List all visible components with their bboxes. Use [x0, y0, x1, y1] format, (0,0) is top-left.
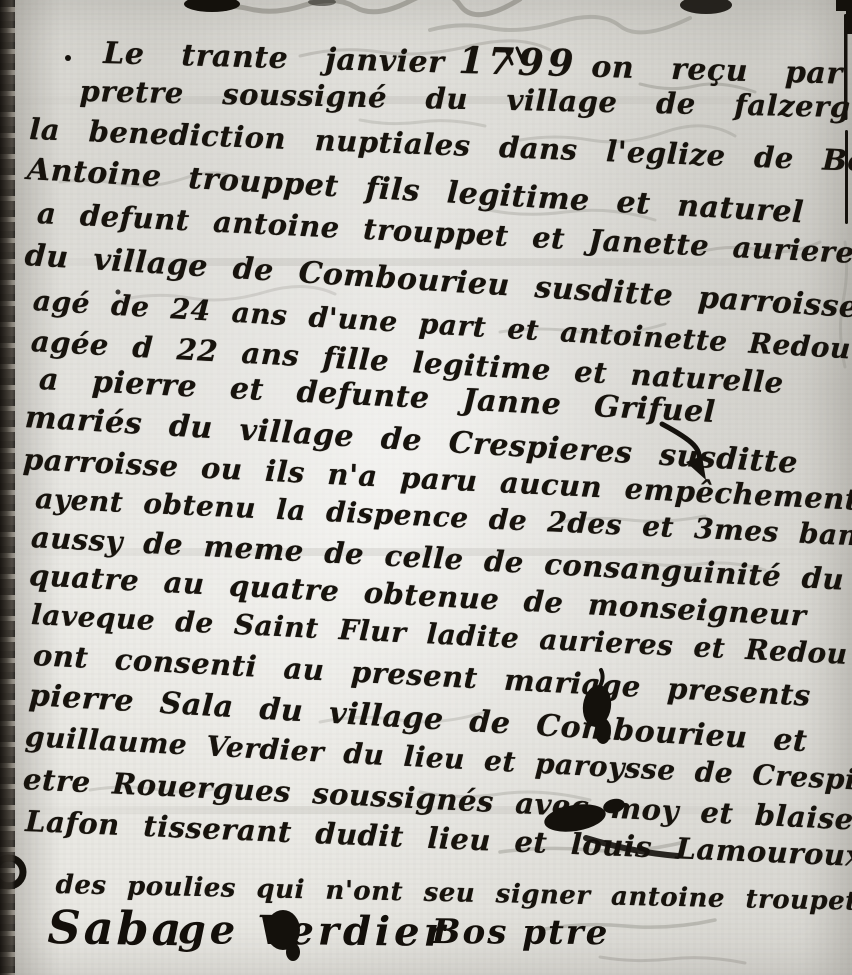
signature-verdier: ge Verdier: [178, 906, 449, 956]
signature-bos-pretre: Bos ptre: [432, 912, 610, 953]
top-edge-smudge: [680, 0, 732, 14]
ink-dot: [65, 55, 71, 61]
year-1799: 1799: [444, 38, 592, 86]
top-edge-smudge: [184, 0, 240, 12]
page-edge-line: [846, 0, 852, 34]
corner-mark: [836, 0, 852, 11]
top-edge-smudge: [308, 0, 336, 6]
binding-edge-shadow: [0, 0, 15, 975]
date-text: Le trante janvier: [103, 36, 445, 81]
manuscript-scan: Le trante janvier1799on reçu par moy Bos…: [0, 0, 852, 975]
signature-saba: Saba: [47, 900, 185, 956]
